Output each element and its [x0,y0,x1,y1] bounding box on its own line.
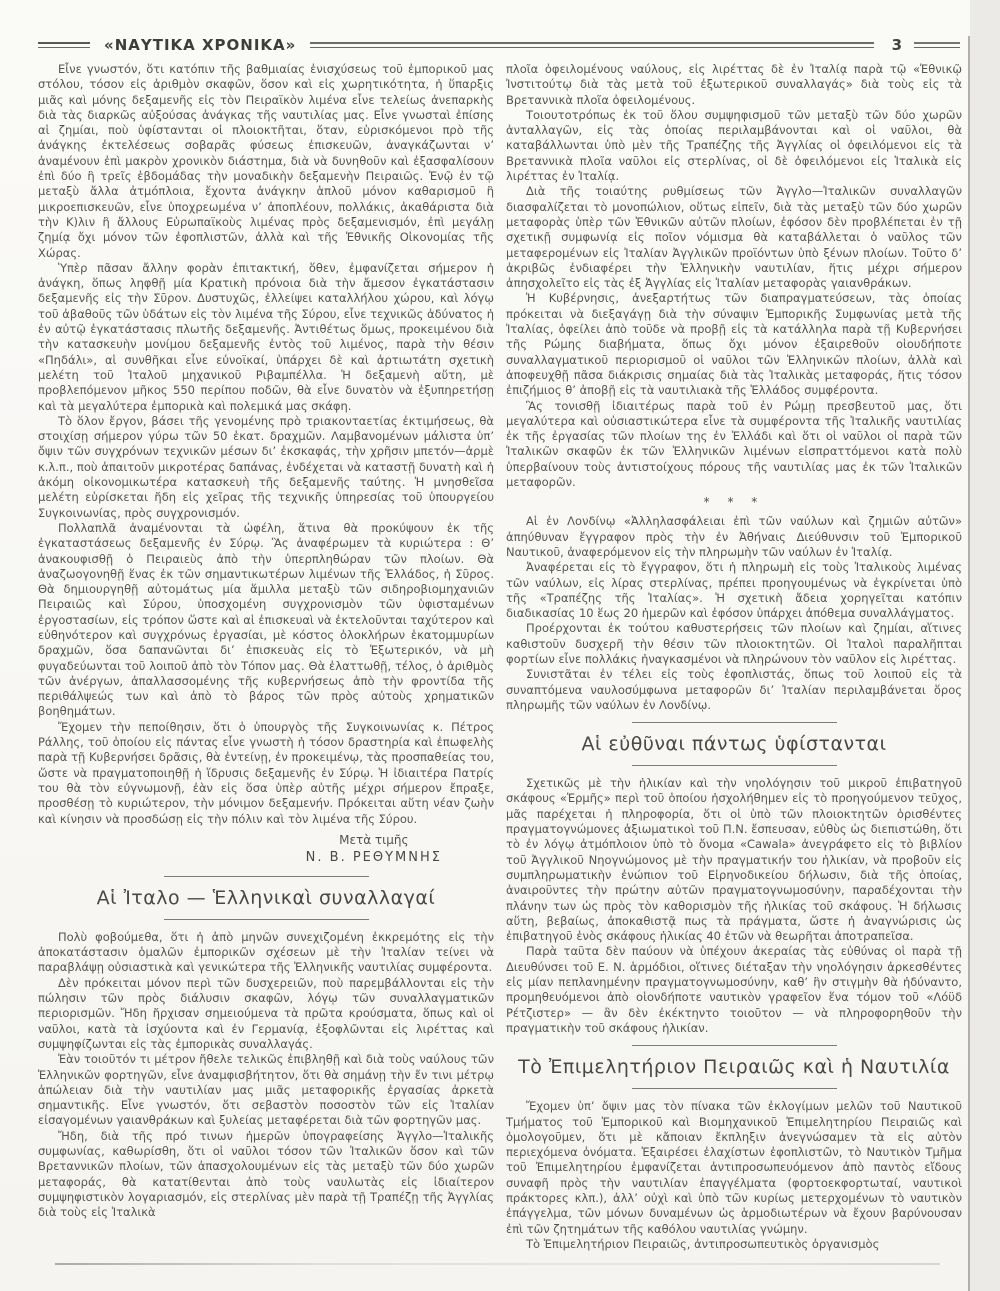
masthead-title: «ΝΑΥΤΙΚΑ ΧΡΟΝΙΚΑ» [104,36,296,54]
heading-rule-bottom [632,1088,837,1089]
right-column: πλοῖα ὀφειλομένους ναύλους, εἰς λιρέττας… [506,62,962,1291]
heading-rule-top [632,722,837,723]
article-paragraph: Ἡ Κυβέρνησις, ἀνεξαρτήτως τῶν διαπραγματ… [506,291,962,398]
masthead-rule-left [38,42,90,48]
article-paragraph: Προέρχονται ἐκ τούτου καθυστερήσεις τῶν … [506,621,962,667]
page-number-rule [914,42,960,48]
article-paragraph: Πολλαπλᾶ ἀναμένονται τὰ ὠφέλη, ἅτινα θὰ … [38,521,494,720]
signature-name: Ν. Β. ΡΕΘΥΜΝΗΣ [306,849,442,867]
section-heading-text: Αἱ Ἰταλο — Ἑλληνικαὶ συναλλαγαί [38,886,494,910]
article-paragraph: Παρὰ ταῦτα δὲν παύουν νὰ ὑπέχουν ἀκεραία… [506,944,962,1036]
signature: Μετὰ τιμῆςΝ. Β. ΡΕΘΥΜΝΗΣ [306,832,442,867]
article-paragraph: Εἶνε γνωστόν, ὅτι κατόπιν τῆς βαθμιαίας … [38,62,494,261]
masthead-rule-main [310,42,873,48]
section-heading-text: Αἱ εὐθῦναι πάντως ὑφίστανται [506,732,962,756]
heading-rule-bottom [164,919,369,920]
stars-divider: * * * [506,493,962,511]
article-paragraph: Σχετικῶς μὲ τὴν ἡλικίαν καὶ τὴν νηολόγησ… [506,776,962,944]
heading-rule-bottom [632,765,837,766]
article-paragraph: Τὸ ὅλον ἔργον, βάσει τῆς γενομένης πρὸ τ… [38,414,494,521]
article-paragraph: Τοιουτοτρόπως ἐκ τοῦ ὅλου συμψηφισμοῦ τῶ… [506,108,962,184]
section-heading: Αἱ εὐθῦναι πάντως ὑφίστανται [506,722,962,766]
article-paragraph: Ἐὰν τοιοῦτόν τι μέτρον ἤθελε τελικῶς ἐπι… [38,1052,494,1128]
article-paragraph: Ἂς τονισθῇ ἰδιαιτέρως παρὰ τοῦ ἐν Ρώμῃ π… [506,399,962,491]
article-paragraph: Ὑπὲρ πᾶσαν ἄλλην φορὰν ἐπιτακτική, ὅθεν,… [38,261,494,414]
scan-paper-margin [970,0,1000,1291]
article-paragraph: Δὲν πρόκειται μόνον περὶ τῶν δυσχερειῶν,… [38,976,494,1052]
article-paragraph: Ἔχομεν τὴν πεποίθησιν, ὅτι ὁ ὑπουργὸς τῆ… [38,720,494,827]
article-paragraph: Πολὺ φοβούμεθα, ὅτι ἡ ἀπὸ μηνῶν συνεχιζο… [38,930,494,976]
section-heading: Αἱ Ἰταλο — Ἑλληνικαὶ συναλλαγαί [38,876,494,920]
section-heading-text: Τὸ Ἐπιμελητήριον Πειραιῶς καὶ ἡ Ναυτιλία [506,1055,962,1079]
article-paragraph: Τὸ Ἐπιμελητήριον Πειραιῶς, ἀντιπροσωπευτ… [506,1237,962,1252]
article-paragraph: Ἤδη, διὰ τῆς πρό τινων ἡμερῶν ὑπογραφείσ… [38,1129,494,1221]
page-number: 3 [892,36,902,54]
signature-closing: Μετὰ τιμῆς [306,832,442,849]
article-paragraph: Συνιστᾶται ἐν τέλει εἰς τοὺς ἐφοπλιστάς,… [506,667,962,713]
article-paragraph: πλοῖα ὀφειλομένους ναύλους, εἰς λιρέττας… [506,62,962,108]
article-paragraph: Διὰ τῆς τοιαύτης ρυθμίσεως τῶν Ἀγγλο—Ἰτα… [506,184,962,291]
article-paragraph: Ἀναφέρεται εἰς τὸ ἔγγραφον, ὅτι ἡ πληρωμ… [506,560,962,621]
article-paragraph: Αἱ ἐν Λονδίνῳ «Ἀλληλασφάλειαι ἐπὶ τῶν να… [506,514,962,560]
heading-rule-top [632,1045,837,1046]
heading-rule-top [164,876,369,877]
article-paragraph: Ἔχομεν ὑπ’ ὄψιν μας τὸν πίνακα τῶν ἐκλογ… [506,1099,962,1237]
page-header: «ΝΑΥΤΙΚΑ ΧΡΟΝΙΚΑ» 3 [38,36,960,54]
left-column: Εἶνε γνωστόν, ὅτι κατόπιν τῆς βαθμιαίας … [38,62,494,1291]
section-heading: Τὸ Ἐπιμελητήριον Πειραιῶς καὶ ἡ Ναυτιλία [506,1045,962,1089]
scan-edge-line [968,36,970,1291]
